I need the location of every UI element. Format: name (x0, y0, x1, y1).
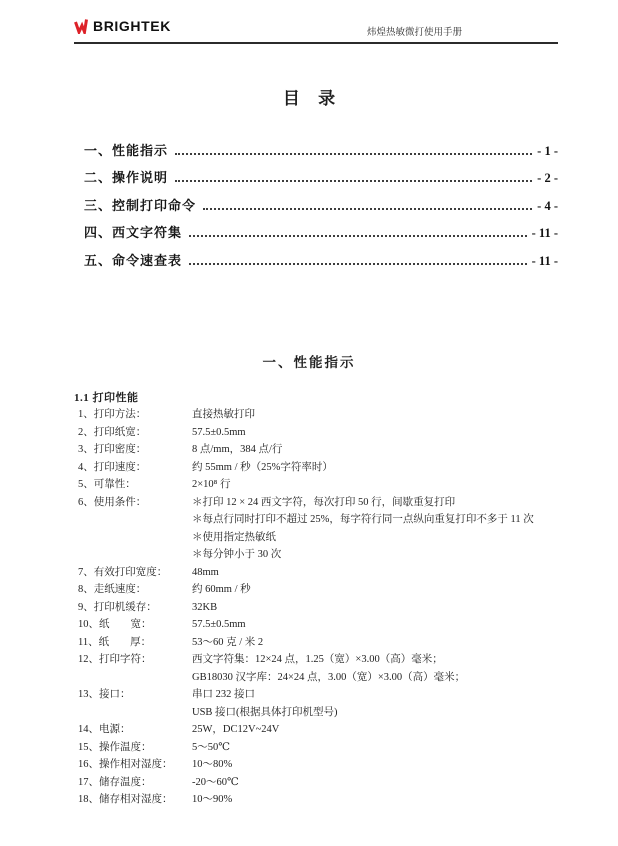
spec-row: 5、可靠性： 2×10⁸ 行 (78, 476, 578, 494)
spec-value-line: 西文字符集：12×24 点，1.25（宽）×3.00（高）毫米； (192, 651, 578, 669)
toc-item: 五、命令速查表 - 11 - (84, 250, 558, 277)
spec-row: 3、打印密度： 8 点/mm，384 点/行 (78, 441, 578, 459)
spec-value: 约 55mm / 秒（25%字符率时） (192, 459, 578, 477)
spec-value-line: ＊每分钟小于 30 次 (192, 546, 578, 564)
toc-title: 目 录 (0, 84, 618, 109)
spec-value-line: ＊每点行同时打印不超过 25%，每字符行同一点纵向重复打印不多于 11 次 (192, 511, 578, 529)
toc-page-number: - 11 - (532, 226, 558, 241)
spec-row: 1、打印方法： 直接热敏打印 (78, 406, 578, 424)
section-title: 一、性能指示 (0, 351, 618, 371)
spec-row: 11、纸 厚： 53～60 克 / 米 2 (78, 634, 578, 652)
spec-label: 1、打印方法： (78, 406, 192, 424)
manual-page: BRIGHTEK 炜煌热敏微打使用手册 目 录 一、性能指示 - 1 - 二、操… (0, 0, 618, 846)
toc-item-label: 四、西文字符集 (84, 222, 182, 241)
spec-value-line: 2×10⁸ 行 (192, 476, 578, 494)
spec-label: 17、储存温度： (78, 774, 192, 792)
spec-value: 10～80% (192, 756, 578, 774)
spec-label: 10、纸 宽： (78, 616, 192, 634)
spec-label: 7、有效打印宽度： (78, 564, 192, 582)
spec-label: 6、使用条件： (78, 494, 192, 512)
spec-value-line: 53～60 克 / 米 2 (192, 634, 578, 652)
spec-value: 57.5±0.5mm (192, 424, 578, 442)
spec-value-line: 32KB (192, 599, 578, 617)
spec-row: 8、走纸速度： 约 60mm / 秒 (78, 581, 578, 599)
spec-value-line: 直接热敏打印 (192, 406, 578, 424)
toc-item-label: 二、操作说明 (84, 167, 168, 186)
spec-value: 5～50℃ (192, 739, 578, 757)
spec-value-line: 约 55mm / 秒（25%字符率时） (192, 459, 578, 477)
toc-leader-dots (203, 208, 532, 210)
spec-row: 4、打印速度： 约 55mm / 秒（25%字符率时） (78, 459, 578, 477)
spec-value-line: GB18030 汉字库：24×24 点，3.00（宽）×3.00（高）毫米； (192, 669, 578, 687)
toc-item-label: 三、控制打印命令 (84, 195, 196, 214)
spec-value: 8 点/mm，384 点/行 (192, 441, 578, 459)
spec-value-line: ＊使用指定热敏纸 (192, 529, 578, 547)
toc-page-number: - 2 - (537, 171, 558, 186)
spec-label: 2、打印纸宽： (78, 424, 192, 442)
spec-value-line: 串口 232 接口 (192, 686, 578, 704)
spec-label: 5、可靠性： (78, 476, 192, 494)
spec-label: 11、纸 厚： (78, 634, 192, 652)
toc-item-label: 一、性能指示 (84, 140, 168, 159)
brand-w-icon (74, 18, 91, 34)
spec-value: -20～60℃ (192, 774, 578, 792)
spec-label: 4、打印速度： (78, 459, 192, 477)
spec-row: 15、操作温度： 5～50℃ (78, 739, 578, 757)
spec-value: 25W，DC12V~24V (192, 721, 578, 739)
spec-label: 8、走纸速度： (78, 581, 192, 599)
spec-value: 57.5±0.5mm (192, 616, 578, 634)
spec-label: 9、打印机缓存： (78, 599, 192, 617)
spec-value-line: 48mm (192, 564, 578, 582)
spec-value-line: 57.5±0.5mm (192, 616, 578, 634)
toc-leader-dots (189, 235, 527, 237)
spec-value-line: -20～60℃ (192, 774, 578, 792)
spec-row: 13、接口： 串口 232 接口USB 接口(根据具体打印机型号) (78, 686, 578, 721)
spec-label: 14、电源： (78, 721, 192, 739)
spec-value: 直接热敏打印 (192, 406, 578, 424)
toc-item: 四、西文字符集 - 11 - (84, 222, 558, 249)
spec-row: 10、纸 宽： 57.5±0.5mm (78, 616, 578, 634)
spec-row: 14、电源： 25W，DC12V~24V (78, 721, 578, 739)
spec-value-line: USB 接口(根据具体打印机型号) (192, 704, 578, 722)
spec-value: 10～90% (192, 791, 578, 809)
spec-value: 53～60 克 / 米 2 (192, 634, 578, 652)
spec-row: 12、打印字符： 西文字符集：12×24 点，1.25（宽）×3.00（高）毫米… (78, 651, 578, 686)
spec-label: 3、打印密度： (78, 441, 192, 459)
toc-item: 一、性能指示 - 1 - (84, 140, 558, 167)
spec-value-line: 8 点/mm，384 点/行 (192, 441, 578, 459)
spec-value-line: 5～50℃ (192, 739, 578, 757)
page-header: BRIGHTEK 炜煌热敏微打使用手册 (74, 15, 558, 44)
spec-row: 17、储存温度： -20～60℃ (78, 774, 578, 792)
toc-item-label: 五、命令速查表 (84, 250, 182, 269)
spec-value: 西文字符集：12×24 点，1.25（宽）×3.00（高）毫米；GB18030 … (192, 651, 578, 686)
spec-label: 16、操作相对湿度： (78, 756, 192, 774)
toc-list: 一、性能指示 - 1 - 二、操作说明 - 2 - 三、控制打印命令 - 4 -… (84, 140, 558, 277)
spec-value: 串口 232 接口USB 接口(根据具体打印机型号) (192, 686, 578, 721)
spec-row: 16、操作相对湿度： 10～80% (78, 756, 578, 774)
spec-label: 15、操作温度： (78, 739, 192, 757)
toc-leader-dots (175, 180, 532, 182)
spec-row: 6、使用条件： ＊打印 12 × 24 西文字符，每次打印 50 行，间歇重复打… (78, 494, 578, 564)
spec-value-line: ＊打印 12 × 24 西文字符，每次打印 50 行，间歇重复打印 (192, 494, 578, 512)
spec-value-line: 10～90% (192, 791, 578, 809)
toc-page-number: - 11 - (532, 254, 558, 269)
spec-label: 12、打印字符： (78, 651, 192, 669)
spec-value: 32KB (192, 599, 578, 617)
spec-list: 1、打印方法： 直接热敏打印 2、打印纸宽： 57.5±0.5mm 3、打印密度… (78, 406, 578, 809)
toc-page-number: - 4 - (537, 199, 558, 214)
spec-value-line: 约 60mm / 秒 (192, 581, 578, 599)
toc-item: 三、控制打印命令 - 4 - (84, 195, 558, 222)
toc-leader-dots (189, 263, 527, 265)
spec-row: 18、储存相对湿度： 10～90% (78, 791, 578, 809)
subsection-title: 1.1 打印性能 (74, 389, 139, 405)
spec-value-line: 25W，DC12V~24V (192, 721, 578, 739)
spec-value-line: 10～80% (192, 756, 578, 774)
spec-label: 13、接口： (78, 686, 192, 704)
spec-value-line: 57.5±0.5mm (192, 424, 578, 442)
brand-name: BRIGHTEK (93, 18, 171, 34)
spec-value: 约 60mm / 秒 (192, 581, 578, 599)
brand-logo: BRIGHTEK (74, 18, 171, 34)
toc-leader-dots (175, 153, 532, 155)
spec-value: ＊打印 12 × 24 西文字符，每次打印 50 行，间歇重复打印＊每点行同时打… (192, 494, 578, 564)
spec-label: 18、储存相对湿度： (78, 791, 192, 809)
spec-row: 2、打印纸宽： 57.5±0.5mm (78, 424, 578, 442)
spec-value: 2×10⁸ 行 (192, 476, 578, 494)
spec-row: 9、打印机缓存： 32KB (78, 599, 578, 617)
spec-value: 48mm (192, 564, 578, 582)
doc-title: 炜煌热敏微打使用手册 (367, 24, 462, 38)
spec-row: 7、有效打印宽度： 48mm (78, 564, 578, 582)
toc-item: 二、操作说明 - 2 - (84, 167, 558, 194)
toc-page-number: - 1 - (537, 144, 558, 159)
